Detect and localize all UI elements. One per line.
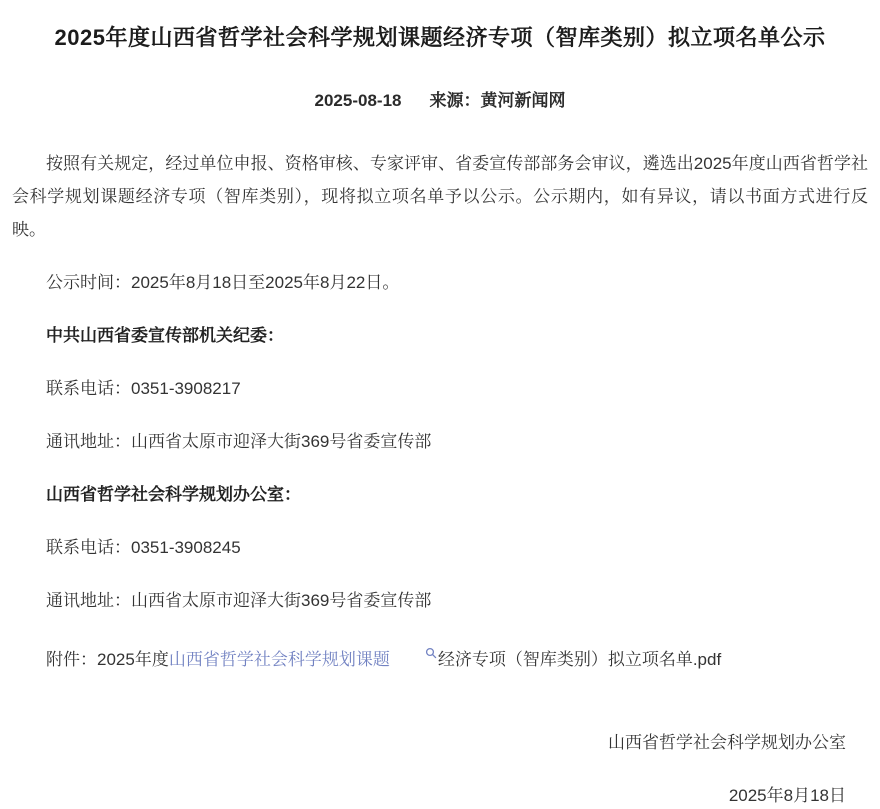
publish-date: 2025-08-18: [315, 91, 402, 110]
org1-heading: 中共山西省委宣传部机关纪委：: [12, 319, 868, 352]
article-body: 按照有关规定，经过单位申报、资格审核、专家评审、省委宣传部部务会审议，遴选出20…: [12, 147, 868, 809]
attachment-line: 附件：2025年度山西省哲学社会科学规划课题经济专项（智库类别）拟立项名单.pd…: [12, 637, 868, 676]
org2-phone-line: 联系电话：0351-3908245: [12, 531, 868, 564]
source-label: 来源：黄河新闻网: [429, 91, 565, 110]
attachment-prefix: 附件：2025年度: [46, 650, 169, 669]
org2-address-line: 通讯地址：山西省太原市迎泽大街369号省委宣传部: [12, 584, 868, 617]
attachment-suffix: 经济专项（智库类别）拟立项名单.pdf: [438, 650, 721, 669]
org1-phone-line: 联系电话：0351-3908217: [12, 372, 868, 405]
announcement-page: 2025年度山西省哲学社会科学规划课题经济专项（智库类别）拟立项名单公示 202…: [0, 0, 880, 809]
signature-date: 2025年8月18日: [12, 779, 868, 809]
org2-heading: 山西省哲学社会科学规划办公室：: [12, 478, 868, 511]
signature-organization: 山西省哲学社会科学规划办公室: [12, 726, 868, 759]
search-magnifier-icon[interactable]: [391, 637, 437, 670]
keyword-link[interactable]: 山西省哲学社会科学规划课题: [169, 650, 390, 669]
public-period-line: 公示时间：2025年8月18日至2025年8月22日。: [12, 266, 868, 299]
org1-address-line: 通讯地址：山西省太原市迎泽大街369号省委宣传部: [12, 425, 868, 458]
intro-paragraph: 按照有关规定，经过单位申报、资格审核、专家评审、省委宣传部部务会审议，遴选出20…: [12, 147, 868, 246]
page-title: 2025年度山西省哲学社会科学规划课题经济专项（智库类别）拟立项名单公示: [12, 22, 868, 54]
article-meta: 2025-08-18来源：黄河新闻网: [12, 86, 868, 111]
